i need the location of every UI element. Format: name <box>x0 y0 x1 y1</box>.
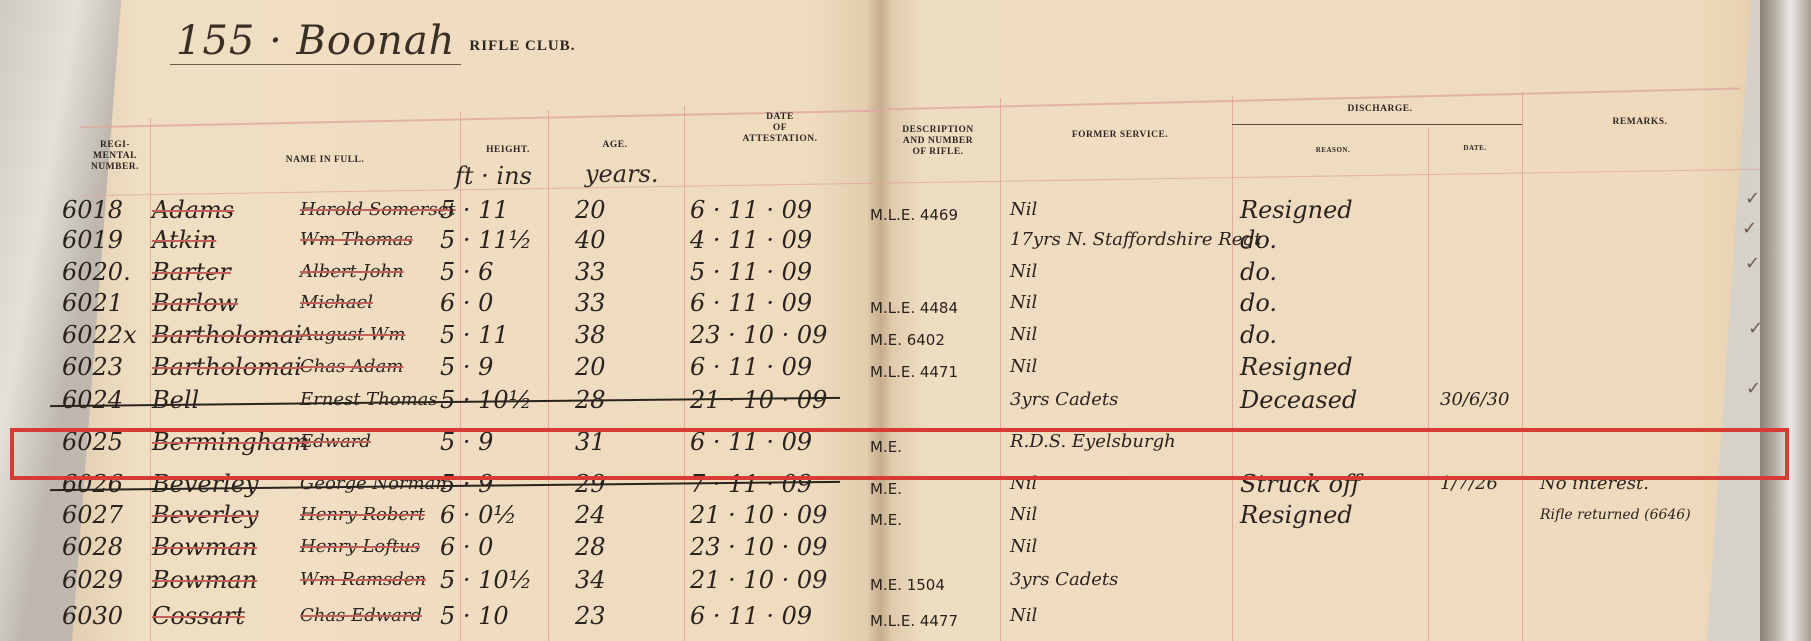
cell-given: August Wm <box>300 321 405 349</box>
cell-surname: Bartholomai <box>152 353 302 381</box>
cell-age: 34 <box>575 566 606 594</box>
cell-height: 6 · 0½ <box>440 501 517 529</box>
cell-given: Ernest Thomas <box>300 386 438 414</box>
cell-number: 6019 <box>62 226 123 254</box>
cell-number: 6021 <box>62 289 123 317</box>
cell-rifle: M.E. 1504 <box>870 571 945 599</box>
cell-height: 5 · 11½ <box>440 226 532 254</box>
cell-discharge-reason: do. <box>1240 321 1277 349</box>
cell-surname: Bowman <box>152 566 257 594</box>
height-units: ft · ins <box>455 162 532 190</box>
cell-given: Michael <box>300 289 373 317</box>
cell-surname: Atkin <box>152 226 216 254</box>
cell-attested: 23 · 10 · 09 <box>690 321 827 349</box>
cell-former-service: Nil <box>1010 258 1037 286</box>
cell-former-service: Nil <box>1010 196 1037 224</box>
check-mark-icon: ✓ <box>1745 188 1760 209</box>
cell-height: 5 · 9 <box>440 353 493 381</box>
cell-number: 6029 <box>62 566 123 594</box>
cell-height: 5 · 6 <box>440 258 493 286</box>
cell-attested: 6 · 11 · 09 <box>690 289 812 317</box>
header-date-of-attestation: DATE OF ATTESTATION. <box>700 112 860 145</box>
cell-given: Wm Ramsden <box>300 566 426 594</box>
cell-number: 6027 <box>62 501 123 529</box>
header-discharge: DISCHARGE. <box>1240 104 1520 115</box>
cell-given: Albert John <box>300 258 404 286</box>
cell-surname: Barlow <box>152 289 238 317</box>
cell-discharge-reason: do. <box>1240 226 1277 254</box>
check-mark-icon: ✓ <box>1745 253 1760 274</box>
cell-height: 5 · 11 <box>440 321 509 349</box>
check-mark-icon: ✓ <box>1742 218 1757 239</box>
cell-attested: 21 · 10 · 09 <box>690 386 827 414</box>
header-age: AGE. <box>560 140 670 151</box>
header-remarks: REMARKS. <box>1540 117 1740 128</box>
header-rifle: DESCRIPTION AND NUMBER OF RIFLE. <box>880 125 996 158</box>
cell-surname: Bowman <box>152 533 257 561</box>
cell-age: 33 <box>575 289 606 317</box>
cell-discharge-date: 30/6/30 <box>1440 386 1509 414</box>
cell-age: 20 <box>575 196 606 224</box>
cell-former-service: Nil <box>1010 353 1037 381</box>
cell-age: 28 <box>575 386 606 414</box>
cell-age: 33 <box>575 258 606 286</box>
cell-height: 5 · 11 <box>440 196 509 224</box>
cell-remarks: Rifle returned (6646) <box>1540 501 1691 529</box>
cell-number: 6023 <box>62 353 123 381</box>
cell-height: 6 · 0 <box>440 533 493 561</box>
cell-former-service: Nil <box>1010 321 1037 349</box>
age-units: years. <box>585 160 659 188</box>
cell-number: 6024 <box>62 386 123 414</box>
table-row: 6028BowmanHenry Loftus6 · 02823 · 10 · 0… <box>0 529 1811 566</box>
header-height: HEIGHT. <box>470 145 546 156</box>
table-row: 6024BellErnest Thomas5 · 10½2821 · 10 · … <box>0 382 1811 419</box>
cell-discharge-reason: Resigned <box>1240 501 1353 529</box>
header-regimental-number: REGI- MENTAL NUMBER. <box>82 140 148 173</box>
cell-former-service: Nil <box>1010 602 1037 630</box>
cell-former-service: Nil <box>1010 533 1037 561</box>
cell-surname: Barter <box>152 258 231 286</box>
cell-number: 6028 <box>62 533 123 561</box>
cell-number: 6020. <box>62 258 131 286</box>
cell-former-service: 3yrs Cadets <box>1010 566 1118 594</box>
cell-discharge-reason: Resigned <box>1240 353 1353 381</box>
cell-attested: 4 · 11 · 09 <box>690 226 812 254</box>
table-row: 6023BartholomaiChas Adam5 · 9206 · 11 · … <box>0 349 1811 386</box>
cell-age: 20 <box>575 353 606 381</box>
cell-rifle: M.L.E. 4477 <box>870 607 958 635</box>
cell-number: 6018 <box>62 196 123 224</box>
cell-attested: 6 · 11 · 09 <box>690 196 812 224</box>
check-mark-icon: ✓ <box>1746 378 1761 399</box>
cell-surname: Beverley <box>152 501 259 529</box>
cell-age: 40 <box>575 226 606 254</box>
cell-attested: 6 · 11 · 09 <box>690 602 812 630</box>
cell-surname: Adams <box>152 196 234 224</box>
cell-former-service: 17yrs N. Staffordshire Regt <box>1010 226 1261 254</box>
cell-height: 5 · 10 <box>440 602 509 630</box>
cell-age: 23 <box>575 602 606 630</box>
cell-surname: Bell <box>152 386 199 414</box>
cell-age: 38 <box>575 321 606 349</box>
cell-attested: 6 · 11 · 09 <box>690 353 812 381</box>
club-title-printed: RIFLE CLUB. <box>469 38 575 55</box>
cell-given: Harold Somerset <box>300 196 456 224</box>
cell-attested: 5 · 11 · 09 <box>690 258 812 286</box>
cell-given: Henry Loftus <box>300 533 420 561</box>
cell-age: 24 <box>575 501 606 529</box>
cell-given: Henry Robert <box>300 501 425 529</box>
cell-age: 28 <box>575 533 606 561</box>
header-name: NAME IN FULL. <box>200 155 450 166</box>
check-mark-icon: ✓ <box>1748 318 1763 339</box>
cell-attested: 21 · 10 · 09 <box>690 501 827 529</box>
cell-number: 6030 <box>62 602 123 630</box>
cell-former-service: Nil <box>1010 501 1037 529</box>
cell-given: Chas Adam <box>300 353 403 381</box>
cell-attested: 23 · 10 · 09 <box>690 533 827 561</box>
register-title: 155 · Boonah RIFLE CLUB. <box>170 18 575 65</box>
cell-surname: Bartholomai <box>152 321 302 349</box>
cell-height: 5 · 10½ <box>440 566 532 594</box>
cell-discharge-reason: Deceased <box>1240 386 1357 414</box>
header-former-service: FORMER SERVICE. <box>1020 130 1220 141</box>
cell-former-service: Nil <box>1010 289 1037 317</box>
cell-given: Wm Thomas <box>300 226 413 254</box>
cell-discharge-reason: Resigned <box>1240 196 1353 224</box>
header-discharge-reason: REASON. <box>1240 145 1426 156</box>
table-row: 6030CossartChas Edward5 · 10236 · 11 · 0… <box>0 598 1811 635</box>
cell-height: 5 · 10½ <box>440 386 532 414</box>
discharge-subrule <box>1232 124 1522 125</box>
cell-former-service: 3yrs Cadets <box>1010 386 1118 414</box>
cell-surname: Cossart <box>152 602 245 630</box>
club-name-handwritten: 155 · Boonah <box>170 18 461 65</box>
cell-given: Chas Edward <box>300 602 422 630</box>
cell-attested: 21 · 10 · 09 <box>690 566 827 594</box>
header-discharge-date: DATE. <box>1430 143 1520 154</box>
cell-discharge-reason: do. <box>1240 289 1277 317</box>
cell-height: 6 · 0 <box>440 289 493 317</box>
cell-number: 6022x <box>62 321 137 349</box>
highlight-box-row-6025 <box>10 428 1789 480</box>
table-row: 6029BowmanWm Ramsden5 · 10½3421 · 10 · 0… <box>0 562 1811 599</box>
cell-discharge-reason: do. <box>1240 258 1277 286</box>
